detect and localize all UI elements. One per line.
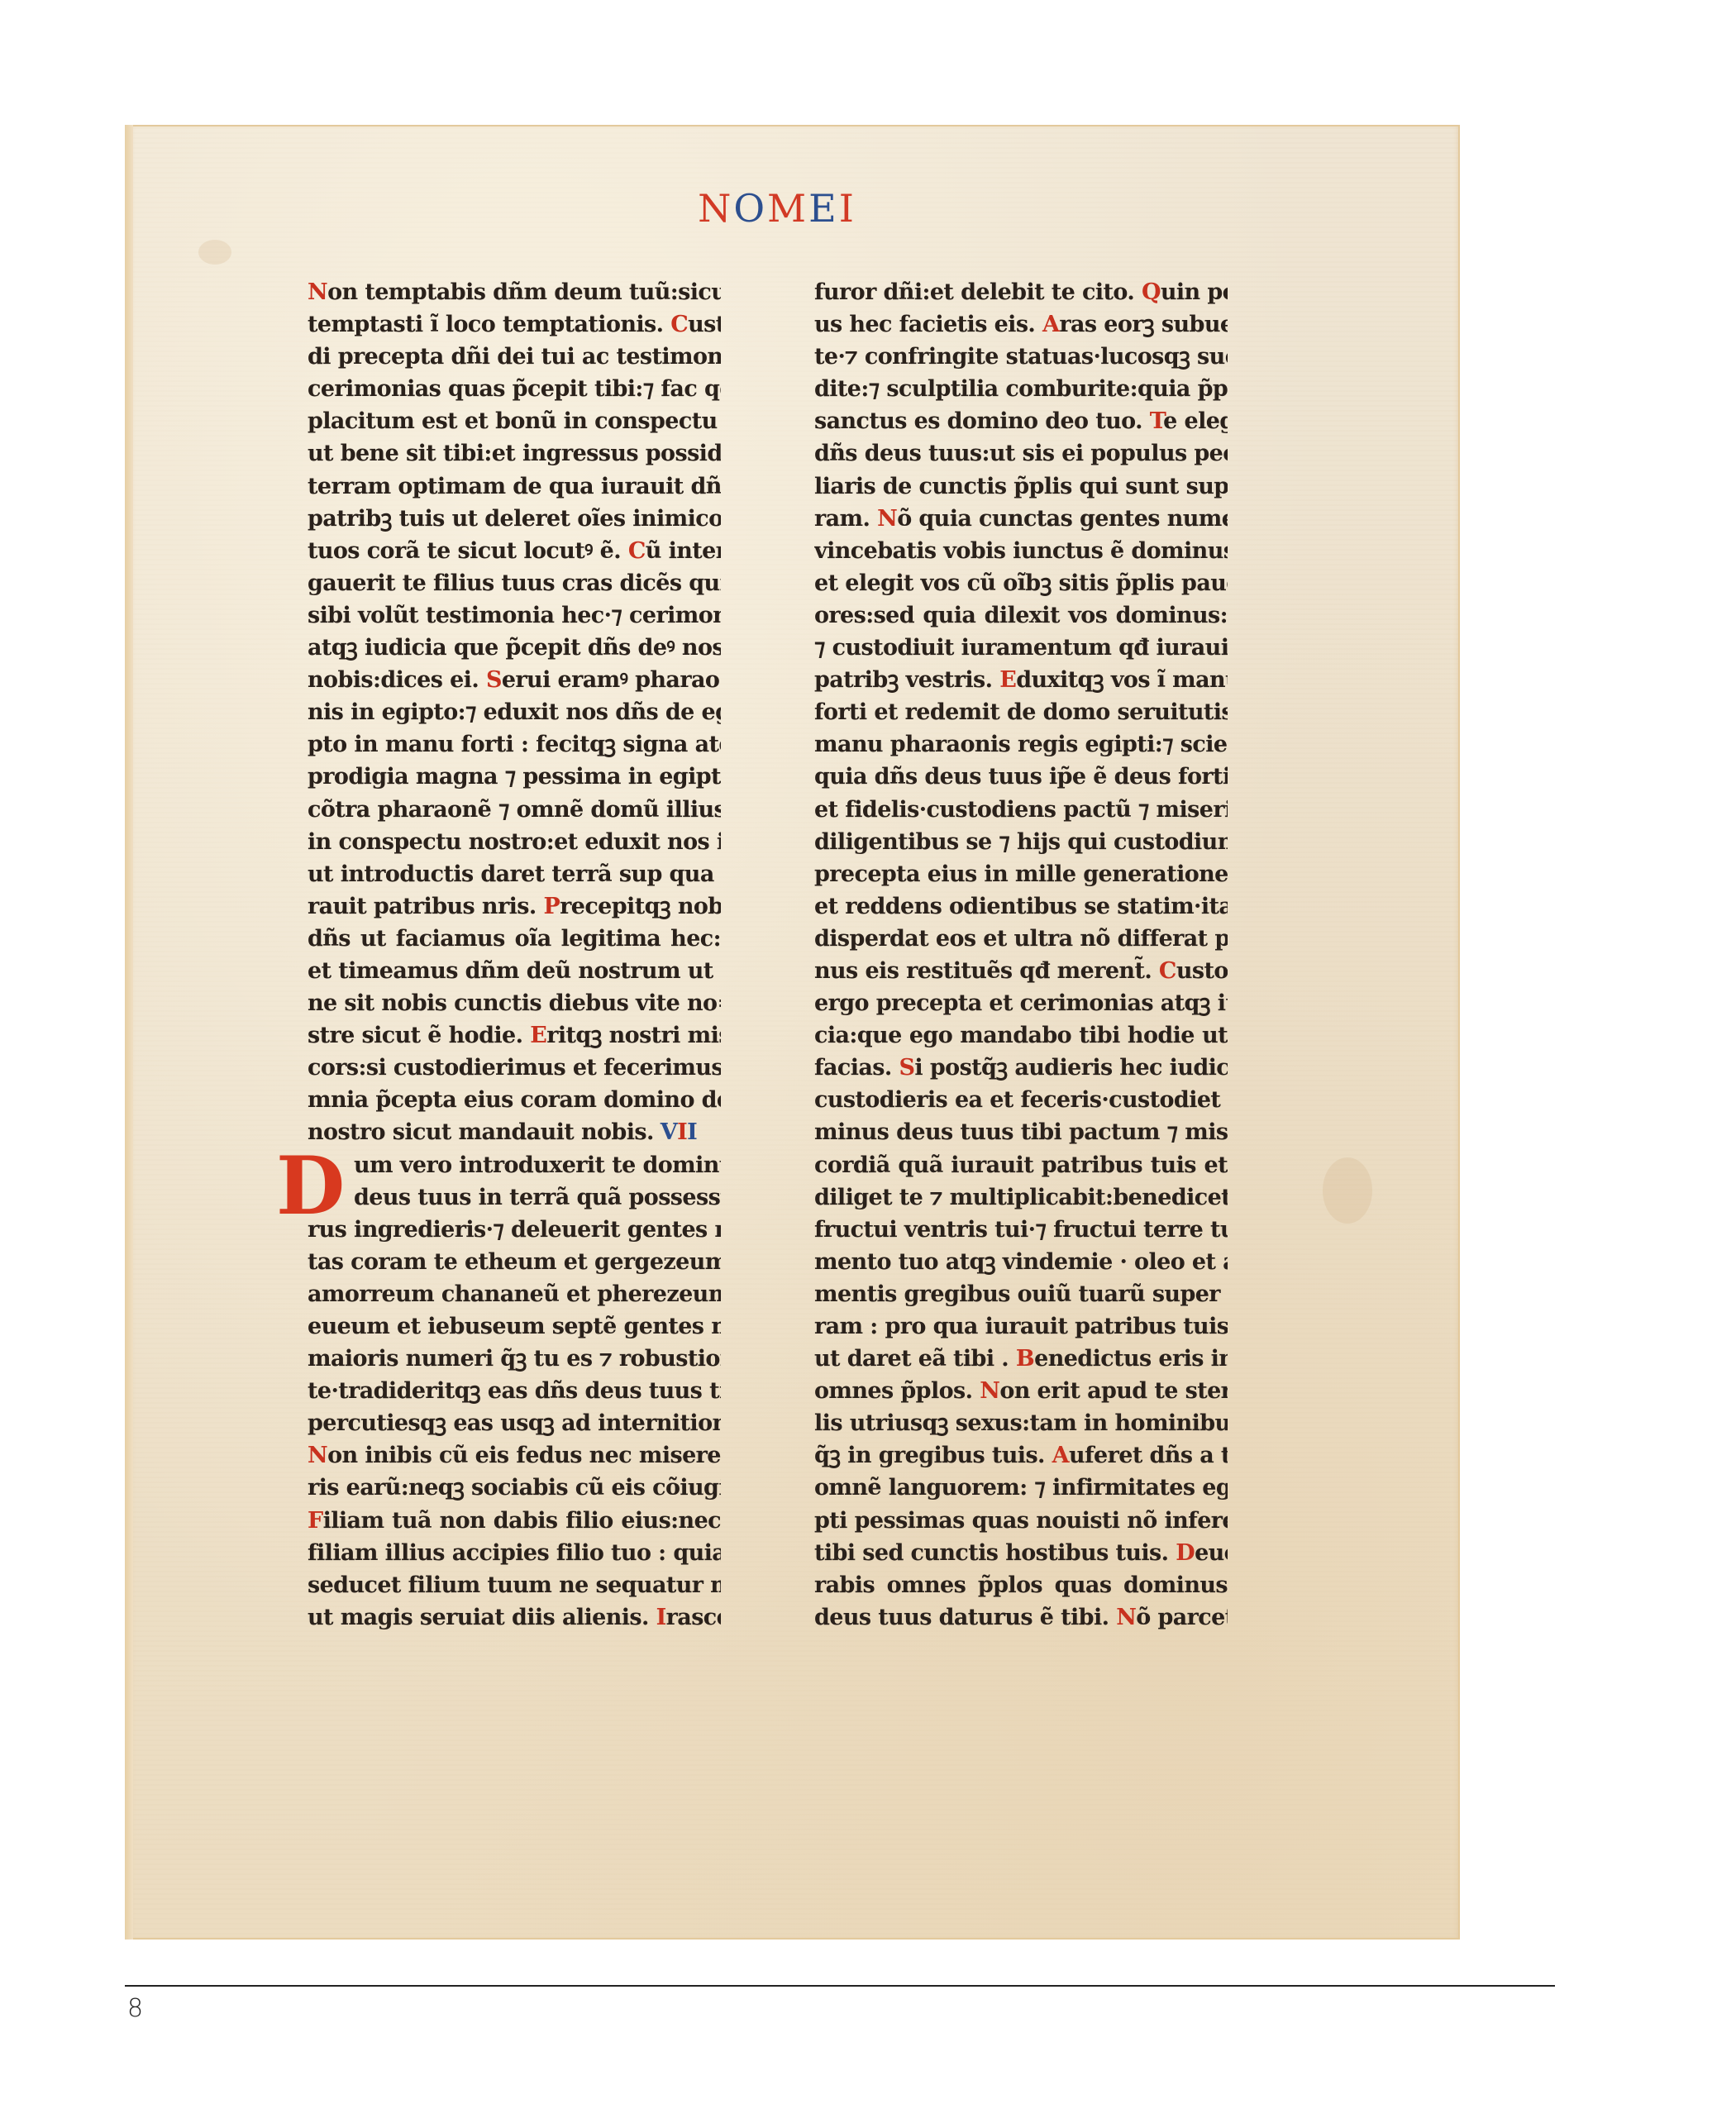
text-line: Non inibis cũ eis fedus nec misereb= [308,1439,721,1472]
text-line: um vero introduxerit te dominus [308,1149,721,1181]
line-text: in conspectu nostro:et eduxit nos inde [308,829,721,855]
chapter-number-part: I [677,1119,687,1145]
text-line: furor dñi:et delebit te cito. Quin poti= [814,276,1228,308]
line-text: ustodi [1176,958,1228,984]
text-line: liaris de cunctis p̃plis qui sunt sup te… [814,470,1228,503]
line-text: eueum et iebuseum septẽ gentes multo [308,1314,721,1339]
text-line: deus tuus in terrã quã possessu= [308,1181,721,1214]
line-text: prodigia magna ⁊ pessima in egipto [308,764,721,790]
running-head: NOMEI [678,184,876,233]
line-text: ut magis seruiat diis alienis. [308,1605,656,1630]
text-line: nus eis restituẽs qđ merent̃. Custodi [814,955,1228,987]
text-line: minus deus tuus tibi pactum ⁊ miseri= [814,1116,1228,1148]
foxing-spot [198,240,231,265]
line-text: ⁊ custodiuit iuramentum qđ iurauit [814,635,1228,661]
line-text: placitum est et bonũ in conspectu dñi [308,408,721,434]
text-line: cerimonias quas p̃cepit tibi:⁊ fac qđ [308,373,721,405]
line-text: õ parcet [1136,1605,1228,1630]
rubricated-capital: A [1042,312,1059,337]
line-text: on temptabis dñm deum tuũ:sicut [327,279,721,305]
line-text: mentis gregibus ouiũ tuarũ super ter= [814,1281,1228,1307]
chapter-number-part: V [661,1119,677,1145]
line-text: maioris numeri q̃ꝫ tu es ⁊ robustiores [308,1346,721,1372]
text-line: cordiã quã iurauit patribus tuis et [814,1149,1228,1181]
line-text: ram : pro qua iurauit patribus tuis [814,1314,1228,1339]
line-text: facias. [814,1055,899,1081]
text-line: tibi sed cunctis hostibus tuis. Deuo= [814,1537,1228,1569]
text-line: te·tradideritqꝫ eas dñs deus tuus tibi: [308,1375,721,1407]
text-line: mnia p̃cepta eius coram domino deo [308,1084,721,1116]
line-text: sibi volũt testimonia hec·⁊ cerimonie [308,603,721,628]
text-line: temptasti ĩ loco temptationis. Custo= [308,308,721,341]
line-text: on inibis cũ eis fedus nec misereb= [327,1443,721,1468]
line-text: nostro sicut mandauit nobis. [308,1119,654,1145]
rubricated-capital: E [530,1023,546,1048]
chapter-number: VII [661,1119,697,1145]
text-line: prodigia magna ⁊ pessima in egipto [308,761,721,793]
text-line: te·⁊ confringite statuas·lucosqꝫ succi= [814,341,1228,373]
line-text: uferet dñs a te [1069,1443,1228,1468]
line-text: gauerit te filius tuus cras dicẽs quid [308,570,721,596]
text-line: ram. Nõ quia cunctas gentes numero [814,503,1228,535]
rubricated-capital: D [1176,1540,1195,1566]
text-line: us hec facietis eis. Aras eorꝫ subuerti= [814,308,1228,341]
line-text: cõtra pharaonẽ ⁊ omnẽ domũ illius [308,797,721,823]
text-line: nobis:dices ei. Serui eramꝰ pharao= [308,664,721,696]
text-line: mento tuo atqꝫ vindemie · oleo et ar= [814,1246,1228,1278]
text-line: et timeamus dñm deũ nostrum ut be= [308,955,721,987]
rubricated-capital: C [628,538,646,564]
line-text: quia dñs deus tuus ip̃e ẽ deus fortis [814,764,1228,790]
text-line: cia:que ego mandabo tibi hodie ut [814,1019,1228,1052]
line-text: ras eorꝫ subuerti= [1059,312,1228,337]
line-text: ores:sed quia dilexit vos dominus: [814,603,1228,628]
text-line: maioris numeri q̃ꝫ tu es ⁊ robustiores [308,1343,721,1375]
line-text: manu pharaonis regis egipti:⁊ scies [814,732,1228,757]
line-text: nis in egipto:⁊ eduxit nos dñs de egi= [308,699,721,725]
line-text: et fidelis·custodiens pactũ ⁊ misericdia… [814,797,1228,823]
text-line: di precepta dñi dei tui ac testimonia ⁊ [308,341,721,373]
text-line: pti pessimas quas nouisti nõ inferet [814,1505,1228,1537]
line-text: ram. [814,506,877,532]
text-line: ut daret eã tibi . Benedictus eris inter [814,1343,1228,1375]
line-text: deus tuus daturus ẽ tibi. [814,1605,1116,1630]
text-line: rauit patribus nris. Precepitqꝫ nobis [308,890,721,923]
text-line: lis utriusqꝫ sexus:tam in hominibus [814,1407,1228,1439]
line-text: vincebatis vobis iunctus ẽ dominus [814,538,1228,564]
text-line: terram optimam de qua iurauit dñs [308,470,721,503]
line-text: euo= [1195,1540,1228,1566]
line-text: ergo precepta et cerimonias atqꝫ iudi= [814,990,1228,1016]
text-line: q̃ꝫ in gregibus tuis. Auferet dñs a te [814,1439,1228,1472]
text-line: stre sicut ẽ hodie. Eritqꝫ nostri miseri [308,1019,721,1052]
line-text: mento tuo atqꝫ vindemie · oleo et ar= [814,1249,1228,1275]
line-text: ritqꝫ nostri miseri [546,1023,721,1048]
line-text: omnẽ languorem: ⁊ infirmitates egi= [814,1475,1228,1501]
running-head-letter: M [767,184,808,233]
text-line: custodieris ea et feceris·custodiet et d… [814,1084,1228,1116]
text-line: filiam illius accipies filio tuo : quia [308,1537,721,1569]
line-text: cordiã quã iurauit patribus tuis et [814,1152,1228,1178]
text-line: deus tuus daturus ẽ tibi. Nõ parcet [814,1601,1228,1634]
text-line: omnẽ languorem: ⁊ infirmitates egi= [814,1472,1228,1504]
running-head-letter: E [808,184,839,233]
text-line: ⁊ custodiuit iuramentum qđ iurauit [814,632,1228,664]
line-text: te·⁊ confringite statuas·lucosqꝫ succi= [814,344,1228,370]
line-text: filiam illius accipies filio tuo : quia [308,1540,721,1566]
text-line: quia dñs deus tuus ip̃e ẽ deus fortis [814,761,1228,793]
text-line: disperdat eos et ultra nõ differat proti… [814,923,1228,955]
line-text: et reddens odientibus se statim·ita ut [814,894,1228,919]
text-line: ris earũ:neqꝫ sociabis cũ eis cõiugia. [308,1472,721,1504]
text-line: gauerit te filius tuus cras dicẽs quid [308,567,721,599]
text-line: ergo precepta et cerimonias atqꝫ iudi= [814,987,1228,1019]
text-line: placitum est et bonũ in conspectu dñi [308,405,721,437]
text-line: nostro sicut mandauit nobis.VII [308,1116,721,1148]
rubricated-capital: Q [1142,279,1161,305]
line-text: ut bene sit tibi:et ingressus possideas [308,441,721,466]
text-line: in conspectu nostro:et eduxit nos inde [308,826,721,858]
rubricated-capital: I [656,1605,666,1630]
line-text: nus eis restituẽs qđ merent̃. [814,958,1159,984]
rubricated-capital: C [670,312,688,337]
text-line: nis in egipto:⁊ eduxit nos dñs de egi= [308,696,721,728]
page-number: 8 [127,1992,143,2025]
text-line: dñs deus tuus:ut sis ei populus pecu= [814,437,1228,470]
footer-rule [125,1985,1555,1987]
text-line: eueum et iebuseum septẽ gentes multo [308,1310,721,1343]
illuminated-initial: D [276,1149,345,1224]
line-text: duxitqꝫ vos ĩ manu [1016,667,1228,693]
running-head-letter: O [733,184,767,233]
running-head-letter: I [839,184,856,233]
line-text: on erit apud te steri [999,1378,1228,1404]
text-line: patribꝫ vestris. Eduxitqꝫ vos ĩ manu [814,664,1228,696]
rubricated-capital: C [1159,958,1176,984]
rubricated-capital: S [486,667,502,693]
line-text: seducet filium tuum ne sequatur me ⁊ [308,1572,721,1598]
line-text: rus ingredieris·⁊ deleuerit gentes mul= [308,1217,721,1243]
text-line: rus ingredieris·⁊ deleuerit gentes mul= [308,1214,721,1246]
line-text: diligentibus se ⁊ hijs qui custodiunt [814,829,1228,855]
chapter-opening: Dum vero introduxerit te dominusdeus tuu… [308,1149,721,1214]
line-text: furor dñi:et delebit te cito. [814,279,1142,305]
line-text: mnia p̃cepta eius coram domino deo [308,1087,721,1113]
line-text: ũ interro= [646,538,721,564]
text-line: fructui ventris tui·⁊ fructui terre tue·… [814,1214,1228,1246]
line-text: precepta eius in mille generationes: [814,861,1228,887]
text-line: amorreum chananeũ et pherezeum et [308,1278,721,1310]
line-text: te·tradideritqꝫ eas dñs deus tuus tibi: [308,1378,721,1404]
text-line: ut introductis daret terrã sup qua iu= [308,858,721,890]
rubricated-capital: P [543,894,560,919]
line-text: patribꝫ tuis ut deleret oĩes inimicos [308,506,721,532]
line-text: cia:que ego mandabo tibi hodie ut [814,1023,1228,1048]
right-text-column: furor dñi:et delebit te cito. Quin poti=… [814,276,1228,1634]
text-line: pto in manu forti : fecitqꝫ signa atqꝫ [308,728,721,761]
text-line: cõtra pharaonẽ ⁊ omnẽ domũ illius [308,794,721,826]
rubricated-capital: E [999,667,1016,693]
chapter-number-part: I [687,1119,697,1145]
rubricated-capital: N [980,1378,999,1404]
text-line: dite:⁊ sculptilia comburite:quia p̃ps [814,373,1228,405]
text-line: sanctus es domino deo tuo. Te elegit [814,405,1228,437]
leaf-edge [125,125,133,1940]
line-text: pti pessimas quas nouisti nõ inferet [814,1508,1228,1534]
text-line: omnes p̃plos. Non erit apud te steri [814,1375,1228,1407]
left-text-column: Non temptabis dñm deum tuũ:sicuttemptast… [308,276,721,1634]
line-text: rabis omnes p̃plos quas dominus [814,1572,1228,1598]
line-text: usto= [688,312,721,337]
line-text: erui eramꝰ pharao= [502,667,721,693]
line-text: q̃ꝫ in gregibus tuis. [814,1443,1052,1468]
line-text: et elegit vos cũ oĩbꝫ sitis p̃plis pauci… [814,570,1228,596]
line-text: tibi sed cunctis hostibus tuis. [814,1540,1176,1566]
text-line: tas coram te etheum et gergezeum et [308,1246,721,1278]
line-text: ut daret eã tibi . [814,1346,1016,1372]
line-text: dite:⁊ sculptilia comburite:quia p̃ps [814,376,1228,402]
text-line: facias. Si postq̃ꝫ audieris hec iudicia [814,1052,1228,1084]
rubricated-capital: N [1116,1605,1136,1630]
rubricated-capital: S [899,1055,915,1081]
text-line: ram : pro qua iurauit patribus tuis [814,1310,1228,1343]
line-text: forti et redemit de domo seruitutis:de [814,699,1228,725]
text-line: ne sit nobis cunctis diebus vite no= [308,987,721,1019]
line-text: dñs ut faciamus oĩa legitima hec: [308,926,721,952]
line-text: disperdat eos et ultra nõ differat proti… [814,926,1228,952]
line-text: atqꝫ iudicia que p̃cepit dñs deꝰ noster [308,635,721,661]
text-line: tuos corã te sicut locutꝰ ẽ. Cũ interro= [308,535,721,567]
line-text: minus deus tuus tibi pactum ⁊ miseri= [814,1119,1228,1145]
line-text: cors:si custodierimus et fecerimus o= [308,1055,721,1081]
line-text: iliam tuã non dabis filio eius:nec [323,1508,721,1534]
line-text: fructui ventris tui·⁊ fructui terre tue·… [814,1217,1228,1243]
rubricated-capital: N [877,506,897,532]
line-text: rascetqꝫ [666,1605,721,1630]
text-line: mentis gregibus ouiũ tuarũ super ter= [814,1278,1228,1310]
line-text: e elegit [1163,408,1228,434]
line-text: õ quia cunctas gentes numero [897,506,1228,532]
line-text: lis utriusqꝫ sexus:tam in hominibus [814,1410,1228,1436]
line-text: tas coram te etheum et gergezeum et [308,1249,721,1275]
line-text: stre sicut ẽ hodie. [308,1023,530,1048]
text-line: atqꝫ iudicia que p̃cepit dñs deꝰ noster [308,632,721,664]
line-text: ris earũ:neqꝫ sociabis cũ eis cõiugia. [308,1475,721,1501]
text-line: percutiesqꝫ eas usqꝫ ad internitionem. [308,1407,721,1439]
line-text: terram optimam de qua iurauit dñs [308,474,721,499]
line-text: i postq̃ꝫ audieris hec iudicia [914,1055,1228,1081]
line-text: dñs deus tuus:ut sis ei populus pecu= [814,441,1228,466]
line-text: ne sit nobis cunctis diebus vite no= [308,990,721,1016]
line-text: et timeamus dñm deũ nostrum ut be= [308,958,721,984]
text-line: patribꝫ tuis ut deleret oĩes inimicos [308,503,721,535]
line-text: pto in manu forti : fecitqꝫ signa atqꝫ [308,732,721,757]
rubricated-capital: N [308,1443,327,1468]
text-line: manu pharaonis regis egipti:⁊ scies [814,728,1228,761]
rubricated-capital: T [1150,408,1163,434]
line-text: temptasti ĩ loco temptationis. [308,312,670,337]
text-line: Non temptabis dñm deum tuũ:sicut [308,276,721,308]
line-text: custodieris ea et feceris·custodiet et d… [814,1087,1228,1113]
line-text: us hec facietis eis. [814,312,1042,337]
line-text: cerimonias quas p̃cepit tibi:⁊ fac qđ [308,376,721,402]
rubricated-capital: A [1052,1443,1069,1468]
text-line: Filiam tuã non dabis filio eius:nec [308,1505,721,1537]
line-text: tuos corã te sicut locutꝰ ẽ. [308,538,628,564]
text-line: diligentibus se ⁊ hijs qui custodiunt [814,826,1228,858]
text-line: ut bene sit tibi:et ingressus possideas [308,437,721,470]
text-line: forti et redemit de domo seruitutis:de [814,696,1228,728]
text-line: dñs ut faciamus oĩa legitima hec: [308,923,721,955]
line-text: ut introductis daret terrã sup qua iu= [308,861,721,887]
line-text: amorreum chananeũ et pherezeum et [308,1281,721,1307]
text-line: precepta eius in mille generationes: [814,858,1228,890]
text-line: rabis omnes p̃plos quas dominus [814,1569,1228,1601]
rubricated-capital: B [1016,1346,1034,1372]
line-text: omnes p̃plos. [814,1378,980,1404]
rubricated-capital: N [308,279,327,305]
running-head-letter: N [698,184,733,233]
foxing-spot [1323,1157,1372,1224]
rubricated-capital: F [308,1508,323,1534]
text-line: ut magis seruiat diis alienis. Irascetqꝫ [308,1601,721,1634]
text-line: cors:si custodierimus et fecerimus o= [308,1052,721,1084]
line-text: percutiesqꝫ eas usqꝫ ad internitionem. [308,1410,721,1436]
text-line: et elegit vos cũ oĩbꝫ sitis p̃plis pauci… [814,567,1228,599]
line-text: patribꝫ vestris. [814,667,999,693]
text-line: ores:sed quia dilexit vos dominus: [814,599,1228,632]
text-line: et reddens odientibus se statim·ita ut [814,890,1228,923]
text-line: vincebatis vobis iunctus ẽ dominus [814,535,1228,567]
line-text: nobis:dices ei. [308,667,486,693]
line-text: liaris de cunctis p̃plis qui sunt sup te… [814,474,1228,499]
line-text: di precepta dñi dei tui ac testimonia ⁊ [308,344,721,370]
line-text: uin poti= [1161,279,1228,305]
line-text: sanctus es domino deo tuo. [814,408,1150,434]
line-text: recepitqꝫ nobis [560,894,721,919]
text-line: seducet filium tuum ne sequatur me ⁊ [308,1569,721,1601]
line-text: rauit patribus nris. [308,894,543,919]
text-line: et fidelis·custodiens pactũ ⁊ misericdia… [814,794,1228,826]
text-line: sibi volũt testimonia hec·⁊ cerimonie [308,599,721,632]
line-text: enedictus eris inter [1034,1346,1228,1372]
text-line: diliget te ⁊ multiplicabit:benedicetqꝫ [814,1181,1228,1214]
line-text: diliget te ⁊ multiplicabit:benedicetqꝫ [814,1185,1228,1210]
